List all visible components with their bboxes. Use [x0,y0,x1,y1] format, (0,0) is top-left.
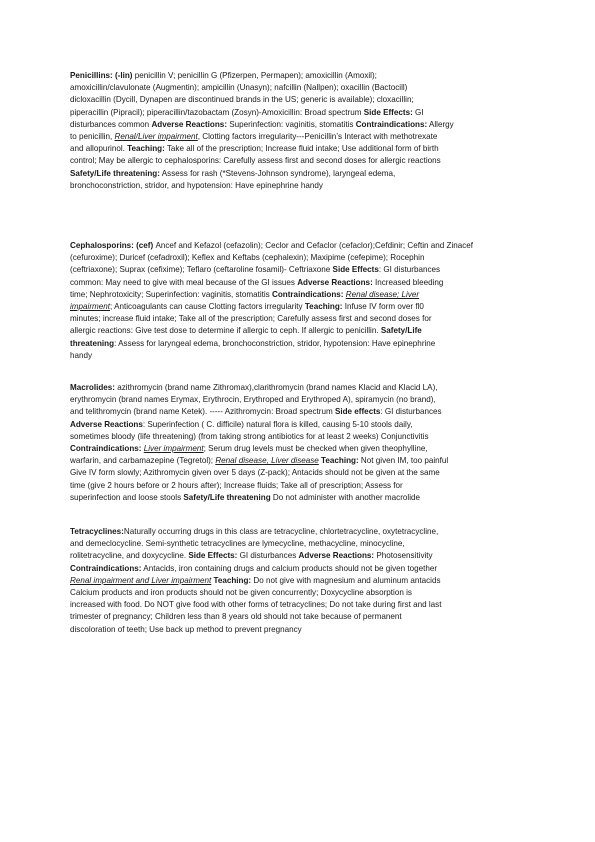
body-text: : Assess for laryngeal edema, bronchocon… [114,339,435,348]
text-line: minutes; increase fluid intake; Take all… [70,313,540,325]
text-line: Contraindications: Antacids, iron contai… [70,563,540,575]
body-text: piperacillin (Pipracil); piperacillin/ta… [70,108,364,117]
body-text: and demeclocycline. Semi-synthetic tetra… [70,539,405,548]
text-line: superinfection and loose stools Safety/L… [70,492,540,504]
body-text: amoxicillin/clavulonate (Augmentin); amp… [70,83,407,92]
bold-label: Safety/Life [381,326,422,335]
body-text: common: May need to give with meal becau… [70,278,297,287]
body-text: superinfection and loose stools [70,493,183,502]
bold-label: Side effects [335,407,380,416]
body-text: Allergy [427,120,454,129]
body-text: Superinfection: vaginitis, stomatitis [227,120,356,129]
body-text: Increased bleeding [373,278,444,287]
body-text: Infuse IV form over fl0 [342,302,423,311]
body-text: (ceftriaxone); Suprax (cefixime); Teflar… [70,265,333,274]
body-text: Naturally occurring drugs in this class … [124,527,438,536]
bold-label: Teaching: [321,456,359,465]
text-line: increased with food. Do NOT give food wi… [70,599,540,611]
bold-label: Safety/Life threatening [183,493,270,502]
bold-label: Teaching: [214,576,252,585]
section-tetracyclines: Tetracyclines:Naturally occurring drugs … [70,526,540,636]
text-line: common: May need to give with meal becau… [70,277,540,289]
bold-label: Contraindications: [70,444,142,453]
text-line: Contraindications: Liver impairment; Ser… [70,443,540,455]
bold-label: Teaching: [305,302,343,311]
section-macrolides: Macrolides: azithromycin (brand name Zit… [70,382,540,504]
bold-label: Adverse Reactions: [299,551,375,560]
text-line: time; Nephrotoxicity; Superinfection: va… [70,289,540,301]
body-text: : GI disturbances [379,265,440,274]
bold-label: Contraindications: [70,564,142,573]
body-text: control; May be allergic to cephalospori… [70,156,441,165]
body-text: increased with food. Do NOT give food wi… [70,600,441,609]
body-text: Not given IM, too painful [359,456,449,465]
text-line: amoxicillin/clavulonate (Augmentin); amp… [70,82,540,94]
text-line: to penicillin, Renal/Liver impairment, C… [70,131,540,143]
body-text: dicloxacillin (Dycill, Dynapen are disco… [70,95,414,104]
body-text: , Clotting factors irregularity---Penici… [198,132,438,141]
emphasis-text: Renal disease, Liver disease [215,456,318,465]
bold-label: Adverse Reactions [70,420,143,429]
body-text: penicillin V; penicillin G (Pfizerpen, P… [135,71,377,80]
body-text: (cefuroxime); Duricef (cefadroxil); Kefl… [70,253,424,262]
text-line: erythromycin (brand names Erymax, Erythr… [70,394,540,406]
body-text: rolitetracycline, and doxycycline. [70,551,188,560]
text-line: time (give 2 hours before or 2 hours aft… [70,480,540,492]
text-line: allergic reactions: Give test dose to de… [70,325,540,337]
text-line: control; May be allergic to cephalospori… [70,155,540,167]
bold-label: Side Effects: [364,108,413,117]
body-text: time; Nephrotoxicity; Superinfection: va… [70,290,272,299]
body-text: Do not administer with another macrolide [271,493,420,502]
text-line: Adverse Reactions: Superinfection ( C. d… [70,419,540,431]
body-text: and allopurinol. [70,144,127,153]
body-text: allergic reactions: Give test dose to de… [70,326,381,335]
bold-label: Contraindications: [272,290,344,299]
text-line: Tetracyclines:Naturally occurring drugs … [70,526,540,538]
text-line: Give IV form slowly; Azithromycin given … [70,467,540,479]
document-page: Penicillins: (-lin) penicillin V; penici… [0,0,595,842]
text-line: Macrolides: azithromycin (brand name Zit… [70,382,540,394]
text-line: discoloration of teeth; Use back up meth… [70,624,540,636]
bold-label: Teaching: [127,144,165,153]
text-line: Safety/Life threatening: Assess for rash… [70,168,540,180]
body-text: to penicillin, [70,132,115,141]
emphasis-text: Renal impairment and Liver impairment [70,576,211,585]
text-line: (cefuroxime); Duricef (cefadroxil); Kefl… [70,252,540,264]
emphasis-text: impairment [70,302,110,311]
bold-label: Safety/Life threatening: [70,169,160,178]
bold-label: Side Effects: [188,551,237,560]
body-text: Calcium products and iron products shoul… [70,588,412,597]
body-text: ; Serum drug levels must be checked when… [204,444,428,453]
text-line: Cephalosporins: (cef) Ancef and Kefazol … [70,240,540,252]
body-text: GI disturbances [237,551,298,560]
body-text: and telithromycin (brand name Ketek). --… [70,407,335,416]
body-text: Photosensitivity [374,551,432,560]
text-line: bronchoconstriction, stridor, and hypote… [70,180,540,192]
text-line: (ceftriaxone); Suprax (cefixime); Teflar… [70,264,540,276]
text-line: threatening: Assess for laryngeal edema,… [70,338,540,350]
bold-label: Cephalosporins: (cef) [70,241,155,250]
text-line: disturbances common Adverse Reactions: S… [70,119,540,131]
text-line: piperacillin (Pipracil); piperacillin/ta… [70,107,540,119]
body-text: sometimes bloody (life threatening) (fro… [70,432,429,441]
text-line: rolitetracycline, and doxycycline. Side … [70,550,540,562]
bold-label: Side Effects [333,265,379,274]
body-text: GI [413,108,424,117]
section-penicillins: Penicillins: (-lin) penicillin V; penici… [70,70,540,192]
text-line: Renal impairment and Liver impairment Te… [70,575,540,587]
body-text: trimester of pregnancy; Children less th… [70,612,402,621]
emphasis-text: Renal/Liver impairment [115,132,198,141]
bold-label: Adverse Reactions: [151,120,227,129]
body-text: : GI disturbances [380,407,441,416]
text-line: and demeclocycline. Semi-synthetic tetra… [70,538,540,550]
text-line: and telithromycin (brand name Ketek). --… [70,406,540,418]
body-text: azithromycin (brand name Zithromax),clar… [115,383,438,392]
body-text: Antacids, iron containing drugs and calc… [142,564,438,573]
body-text: Take all of the prescription; Increase f… [165,144,439,153]
body-text: warfarin, and carbamazepine (Tegretol); [70,456,215,465]
bold-label: Adverse Reactions: [297,278,373,287]
body-text: discoloration of teeth; Use back up meth… [70,625,302,634]
body-text: disturbances common [70,120,151,129]
text-line: handy [70,350,540,362]
bold-label: Penicillins: (-lin) [70,71,135,80]
text-line: trimester of pregnancy; Children less th… [70,611,540,623]
text-line: Penicillins: (-lin) penicillin V; penici… [70,70,540,82]
body-text: time (give 2 hours before or 2 hours aft… [70,481,403,490]
text-line: dicloxacillin (Dycill, Dynapen are disco… [70,94,540,106]
body-text: Assess for rash (*Stevens-Johnson syndro… [160,169,395,178]
body-text: Do not give with magnesium and aluminum … [251,576,440,585]
text-line: warfarin, and carbamazepine (Tegretol); … [70,455,540,467]
text-line: impairment; Anticoagulants can cause Clo… [70,301,540,313]
body-text: bronchoconstriction, stridor, and hypote… [70,181,323,190]
body-text: minutes; increase fluid intake; Take all… [70,314,432,323]
body-text: Give IV form slowly; Azithromycin given … [70,468,440,477]
bold-label: Tetracyclines: [70,527,124,536]
emphasis-text: Liver impairment [144,444,204,453]
section-cephalosporins: Cephalosporins: (cef) Ancef and Kefazol … [70,240,540,362]
body-text: erythromycin (brand names Erymax, Erythr… [70,395,436,404]
body-text: handy [70,351,92,360]
emphasis-text: Renal disease; Liver [346,290,419,299]
text-line: Calcium products and iron products shoul… [70,587,540,599]
text-line: sometimes bloody (life threatening) (fro… [70,431,540,443]
bold-label: threatening [70,339,114,348]
text-line: and allopurinol. Teaching: Take all of t… [70,143,540,155]
bold-label: Contraindications: [356,120,428,129]
body-text: : Superinfection ( C. difficile) natural… [143,420,413,429]
bold-label: Macrolides: [70,383,115,392]
body-text: Ancef and Kefazol (cefazolin); Ceclor an… [155,241,473,250]
body-text: ; Anticoagulants can cause Clotting fact… [110,302,305,311]
